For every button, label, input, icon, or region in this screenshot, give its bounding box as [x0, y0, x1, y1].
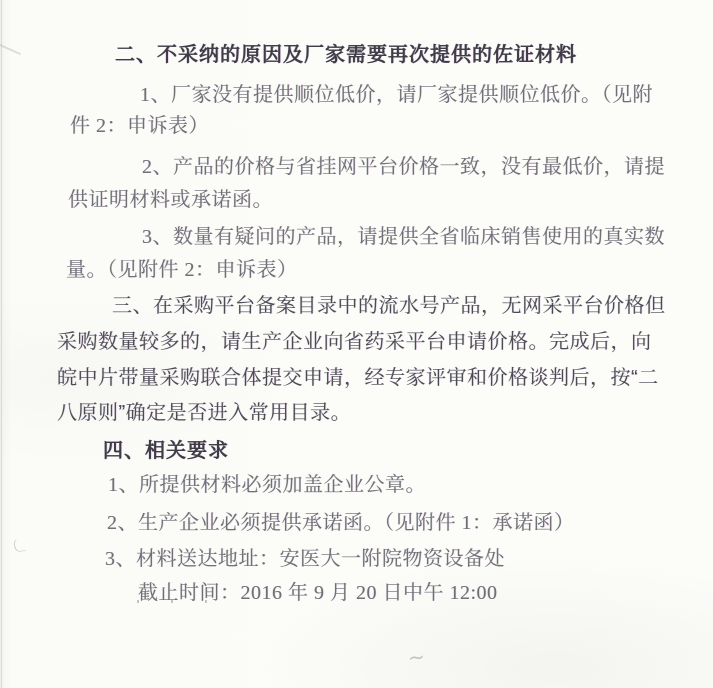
- scanned-document-page: 二、不采纳的原因及厂家需要再次提供的佐证材料 1、厂家没有提供顺位低价，请厂家提…: [0, 0, 713, 688]
- scan-smudge-curl: [13, 537, 27, 553]
- scan-streak: [0, 43, 21, 55]
- scan-edge-line: [1, 0, 2, 688]
- scan-smudge-squiggle: ~: [407, 644, 426, 670]
- section-2-item-1-line-1: 1、厂家没有提供顺位低价，请厂家提供顺位低价。（见附: [140, 82, 653, 108]
- section-2-heading: 二、不采纳的原因及厂家需要再次提供的佐证材料: [115, 42, 577, 68]
- section-3-paragraph-line-2: 采购数量较多的，请生产企业向省药采平台申请价格。完成后，向: [57, 329, 652, 355]
- section-2-item-2-line-1: 2、产品的价格与省挂网平台价格一致，没有最低价，请提: [142, 154, 665, 180]
- section-2-item-2-line-2: 供证明材料或承诺函。: [68, 187, 273, 213]
- section-3-paragraph-line-3: 皖中片带量采购联合体提交申请，经专家评审和价格谈判后，按“二: [57, 365, 659, 391]
- section-4-item-2: 2、生产企业必须提供承诺函。（见附件 1：承诺函）: [107, 510, 575, 536]
- section-2-item-3-line-1: 3、数量有疑问的产品，请提供全省临床销售使用的真实数: [142, 224, 665, 250]
- section-4-item-1: 1、所提供材料必须加盖企业公章。: [108, 472, 426, 498]
- section-3-paragraph-line-1: 三、在采购平台备案目录中的流水号产品，无网采平台价格但: [112, 293, 666, 319]
- section-3-paragraph-line-4: 八原则”确定是否进入常用目录。: [57, 400, 351, 426]
- section-2-item-1-line-2: 件 2：申诉表）: [70, 113, 209, 139]
- section-4-item-3: 3、材料送达地址：安医大一附院物资设备处: [105, 546, 505, 572]
- section-4-heading: 四、相关要求: [103, 438, 229, 464]
- section-2-item-3-line-2: 量。（见附件 2：申诉表）: [66, 257, 298, 283]
- deadline-line: 截止时间：2016 年 9 月 20 日中午 12:00: [138, 580, 498, 606]
